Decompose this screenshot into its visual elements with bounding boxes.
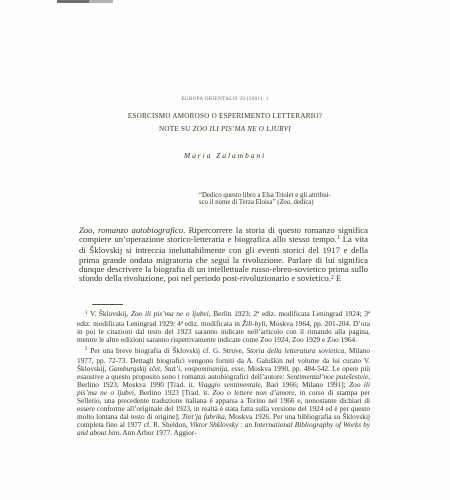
top-edge-bar-light-segment <box>89 0 113 3</box>
journal-header: EUROPA ORIENTALIS 20 (2001): 1 <box>0 96 450 102</box>
top-edge-bar-dark-segment <box>57 0 89 3</box>
author-name: Maria Zalambani <box>0 151 450 160</box>
footnote-1: 1 V. Šklovskij, Zoo ili pis’ma ne o ljub… <box>77 310 370 344</box>
footnote-separator-rule <box>92 304 123 305</box>
footnote-2: 2 Per una breve biografia di Šklovskij c… <box>77 347 370 438</box>
footnotes-block: 1 V. Šklovskij, Zoo ili pis’ma ne o ljub… <box>77 310 370 437</box>
article-title-line1: ESORCISMO AMOROSO O ESPERIMENTO LETTERAR… <box>0 112 450 120</box>
body-paragraph: Zoo, romanzo autobiografico. Ripercorrer… <box>79 226 368 286</box>
dedication-quote: “Dedico questo libro a Elsa Triolet e gl… <box>199 192 371 207</box>
article-title-line2: NOTE SU ZOO ILI PIS’MA NE O LJUBVI <box>0 125 450 133</box>
